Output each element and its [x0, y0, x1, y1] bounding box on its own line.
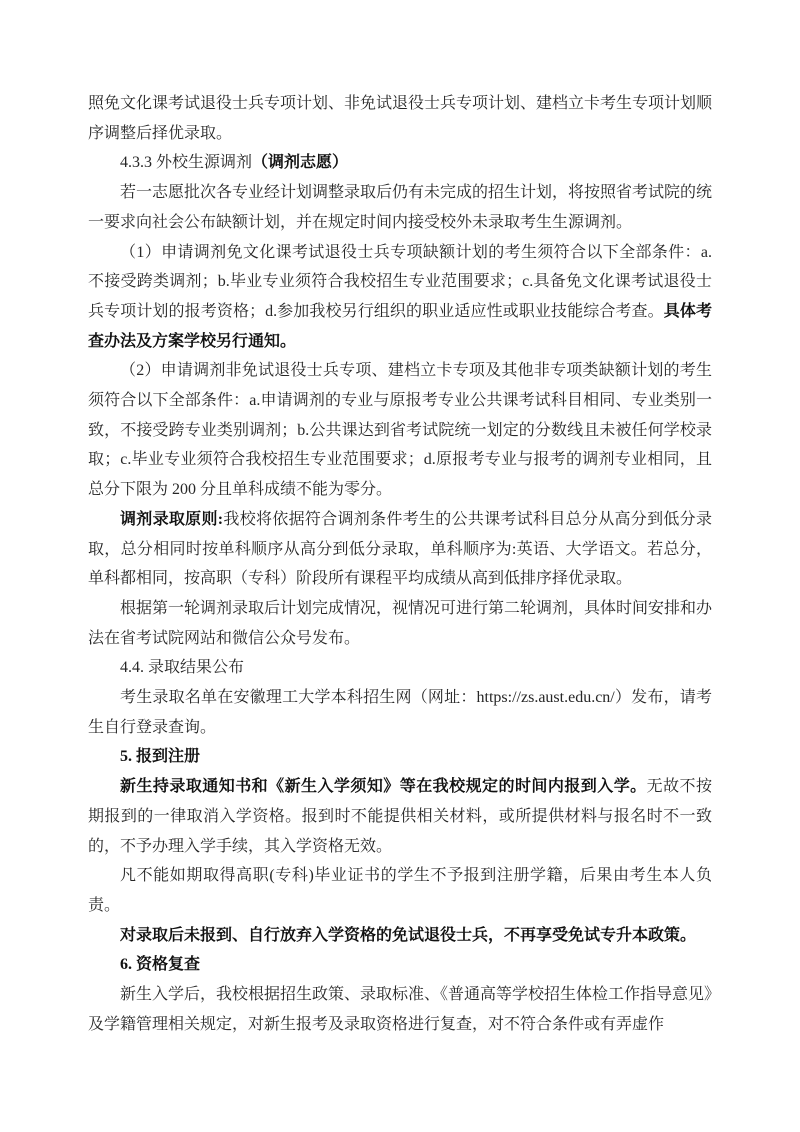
paragraph-condition-2: （2）申请调剂非免试退役士兵专项、建档立卡专项及其他非专项类缺额计划的考生须符合… [88, 356, 712, 505]
bold-text-run: 6. 资格复查 [120, 956, 200, 973]
text-run: 照免文化课考试退役士兵专项计划、非免试退役士兵专项计划、建档立卡考生专项计划顺序… [88, 95, 712, 142]
paragraph-diploma-requirement: 凡不能如期取得高职(专科)毕业证书的学生不予报到注册学籍，后果由考生本人负责。 [88, 861, 712, 920]
paragraph-no-show-policy: 对录取后未报到、自行放弃入学资格的免试退役士兵，不再享受免试专升本政策。 [88, 921, 712, 951]
heading-4-4: 4.4. 录取结果公布 [88, 653, 712, 683]
heading-4-3-3: 4.3.3 外校生源调剂（调剂志愿） [88, 148, 712, 178]
paragraph-transfer-intro: 若一志愿批次各专业经计划调整录取后仍有未完成的招生计划，将按照省考试院的统一要求… [88, 178, 712, 237]
document-page: 照免文化课考试退役士兵专项计划、非免试退役士兵专项计划、建档立卡考生专项计划顺序… [0, 0, 800, 1132]
paragraph-registration: 新生持录取通知书和《新生入学须知》等在我校规定的时间内报到入学。无故不按期报到的… [88, 772, 712, 861]
paragraph-transfer-admission-principle: 调剂录取原则:我校将依据符合调剂条件考生的公共课考试科目总分从高分到低分录取，总… [88, 505, 712, 594]
text-run: 凡不能如期取得高职(专科)毕业证书的学生不予报到注册学籍，后果由考生本人负责。 [88, 867, 712, 914]
text-run: 新生入学后，我校根据招生政策、录取标准、《普通高等学校招生体检工作指导意见》及学… [88, 986, 712, 1033]
bold-text-run: 新生持录取通知书和《新生入学须知》等在我校规定的时间内报到入学。 [120, 778, 647, 795]
text-run: 若一志愿批次各专业经计划调整录取后仍有未完成的招生计划，将按照省考试院的统一要求… [88, 184, 712, 231]
continuation-paragraph: 照免文化课考试退役士兵专项计划、非免试退役士兵专项计划、建档立卡考生专项计划顺序… [88, 89, 712, 148]
text-run: 4.4. 录取结果公布 [120, 659, 244, 676]
paragraph-qualification-review: 新生入学后，我校根据招生政策、录取标准、《普通高等学校招生体检工作指导意见》及学… [88, 980, 712, 1039]
text-run: 4.3.3 外校生源调剂 [120, 154, 252, 171]
document-body: 照免文化课考试退役士兵专项计划、非免试退役士兵专项计划、建档立卡考生专项计划顺序… [88, 89, 712, 1040]
paragraph-second-round: 根据第一轮调剂录取后计划完成情况，视情况可进行第二轮调剂，具体时间安排和办法在省… [88, 594, 712, 653]
bold-text-run: 调剂录取原则: [120, 511, 223, 528]
heading-6: 6. 资格复查 [88, 950, 712, 980]
text-run: （2）申请调剂非免试退役士兵专项、建档立卡专项及其他非专项类缺额计划的考生须符合… [88, 362, 712, 498]
heading-5: 5. 报到注册 [88, 742, 712, 772]
bold-text-run: （调剂志愿） [252, 154, 348, 171]
paragraph-condition-1: （1）申请调剂免文化课考试退役士兵专项缺额计划的考生须符合以下全部条件：a.不接… [88, 238, 712, 357]
bold-text-run: 5. 报到注册 [120, 748, 200, 765]
text-run: 考生录取名单在安徽理工大学本科招生网（网址：https://zs.aust.ed… [88, 689, 712, 736]
paragraph-admission-announcement: 考生录取名单在安徽理工大学本科招生网（网址：https://zs.aust.ed… [88, 683, 712, 742]
bold-text-run: 对录取后未报到、自行放弃入学资格的免试退役士兵，不再享受免试专升本政策。 [120, 927, 696, 944]
text-run: （1）申请调剂免文化课考试退役士兵专项缺额计划的考生须符合以下全部条件：a.不接… [88, 244, 712, 320]
text-run: 根据第一轮调剂录取后计划完成情况，视情况可进行第二轮调剂，具体时间安排和办法在省… [88, 600, 712, 647]
